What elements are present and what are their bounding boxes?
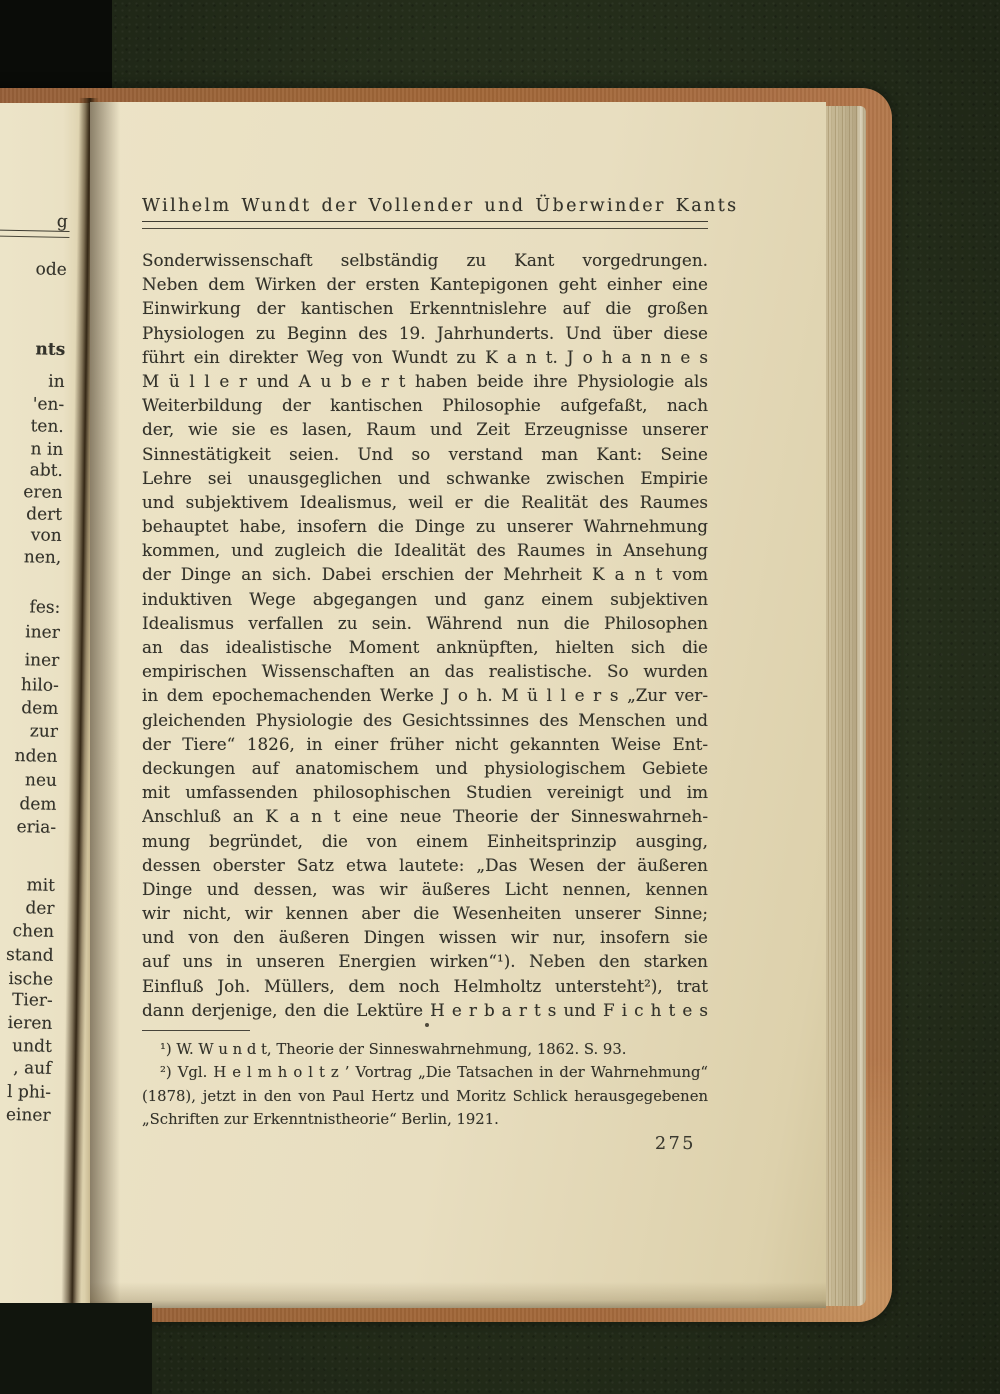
left-fragment: ten. — [30, 416, 64, 437]
footnotes: ¹) W. W u n d t, Theorie der Sinneswahrn… — [142, 1038, 708, 1132]
left-fragment: n in — [30, 439, 63, 460]
left-fragment: abt. — [29, 460, 63, 481]
footnote-line: „Schriften zur Erkenntnistheorie“ Berlin… — [142, 1108, 708, 1131]
left-fragment: mit — [26, 875, 55, 896]
left-header-double-rule — [0, 230, 70, 238]
body-line: der, wie sie es lasen, Raum und Zeit Erz… — [142, 417, 708, 441]
running-header: Wilhelm Wundt der Vollender und Überwind… — [142, 196, 708, 216]
body-line: gleichenden Physiologie des Gesichtssinn… — [142, 708, 708, 732]
header-double-rule — [142, 221, 708, 229]
shadow-bottom-left — [0, 1303, 152, 1394]
body-line: deckungen auf anatomischem und physiolog… — [142, 756, 708, 780]
page-number: 275 — [655, 1134, 696, 1154]
footnote-separator-rule — [142, 1030, 250, 1031]
left-fragment: l phi- — [7, 1082, 51, 1103]
body-line: dessen oberster Satz etwa lautete: „Das … — [142, 853, 708, 877]
left-header-fragment: g — [57, 212, 68, 232]
ink-spot — [425, 1023, 429, 1027]
left-fragment: nen, — [24, 547, 62, 568]
body-line: und von den äußeren Dingen wissen wir nu… — [142, 925, 708, 949]
left-fragment: eria- — [16, 817, 56, 838]
left-fragment: nts — [35, 339, 65, 360]
body-line: induktiven Wege abgegangen und ganz eine… — [142, 587, 708, 611]
body-line: wir nicht, wir kennen aber die Wesenheit… — [142, 901, 708, 925]
body-line: M ü l l e r und A u b e r t haben beide … — [142, 369, 708, 393]
left-page-fragments: g ode nts in 'en- ten. n in abt. eren de… — [0, 102, 70, 1304]
body-line: und subjektivem Idealismus, weil er die … — [142, 490, 708, 514]
left-fragment: 'en- — [33, 394, 65, 415]
body-line: führt ein direkter Weg von Wundt zu K a … — [142, 345, 708, 369]
body-line: kommen, und zugleich die Idealität des R… — [142, 538, 708, 562]
body-line: Idealismus verfallen zu sein. Während nu… — [142, 611, 708, 635]
page-edge-stack — [822, 106, 866, 1306]
left-fragment: dem — [21, 698, 58, 719]
footnote-line: ²) Vgl. H e l m h o l t z ’ Vortrag „Die… — [142, 1061, 708, 1084]
footnote-line: ¹) W. W u n d t, Theorie der Sinneswahrn… — [142, 1038, 708, 1061]
body-line: auf uns in unseren Energien wirken“¹). N… — [142, 949, 708, 973]
left-fragment: dem — [19, 794, 56, 815]
left-fragment: ieren — [7, 1013, 52, 1034]
body-line: Dinge und dessen, was wir äußeres Licht … — [142, 877, 708, 901]
footnote-line: (1878), jetzt in den von Paul Hertz und … — [142, 1085, 708, 1108]
left-fragment: Tier- — [12, 990, 53, 1011]
body-line: an das idealistische Moment anknüpften, … — [142, 635, 708, 659]
body-line: mung begründet, die von einem Einheitspr… — [142, 829, 708, 853]
left-fragment: fes: — [29, 597, 60, 618]
left-fragment: undt — [12, 1036, 52, 1057]
left-fragment: der — [25, 898, 54, 919]
left-fragment: nden — [14, 746, 57, 767]
shadow-top-left — [0, 0, 112, 97]
left-fragment: iner — [25, 650, 60, 671]
book-photo-scene: g ode nts in 'en- ten. n in abt. eren de… — [0, 0, 1000, 1394]
body-line: Sinnestätigkeit seien. Und so verstand m… — [142, 442, 708, 466]
left-fragment: stand — [6, 945, 54, 966]
body-line: Einwirkung der kantischen Erkenntnislehr… — [142, 296, 708, 320]
body-line: Lehre sei unausgeglichen und schwanke zw… — [142, 466, 708, 490]
left-fragment: chen — [12, 921, 54, 942]
body-line: dann derjenige, den die Lektüre H e r b … — [142, 998, 708, 1022]
left-fragment: von — [31, 525, 62, 546]
right-page: Wilhelm Wundt der Vollender und Überwind… — [90, 102, 826, 1308]
left-fragment: in — [48, 372, 65, 392]
body-line: Sonderwissenschaft selbständig zu Kant v… — [142, 248, 708, 272]
left-fragment: iner — [25, 622, 60, 643]
body-line: der Dinge an sich. Dabei erschien der Me… — [142, 562, 708, 586]
body-line: der Tiere“ 1826, in einer früher nicht g… — [142, 732, 708, 756]
body-line: in dem epochemachenden Werke J o h. M ü … — [142, 683, 708, 707]
body-text: Sonderwissenschaft selbständig zu Kant v… — [142, 248, 708, 1022]
body-line: Anschluß an K a n t eine neue Theorie de… — [142, 804, 708, 828]
body-line: Einfluß Joh. Müllers, dem noch Helmholtz… — [142, 974, 708, 998]
left-fragment: ische — [8, 969, 53, 990]
body-line: Neben dem Wirken der ersten Kantepigonen… — [142, 272, 708, 296]
left-fragment: neu — [25, 770, 57, 791]
body-line: Physiologen zu Beginn des 19. Jahrhunder… — [142, 321, 708, 345]
left-fragment: ode — [35, 259, 67, 280]
left-fragment: dert — [26, 504, 62, 525]
body-line: Weiterbildung der kantischen Philosophie… — [142, 393, 708, 417]
left-fragment: , auf — [13, 1058, 52, 1079]
left-fragment: einer — [6, 1105, 51, 1126]
left-fragment: eren — [23, 482, 63, 503]
body-line: behauptet habe, insofern die Dinge zu un… — [142, 514, 708, 538]
left-fragment: zur — [30, 721, 58, 742]
body-line: empirischen Wissenschaften an das realis… — [142, 659, 708, 683]
left-fragment: hilo- — [21, 675, 59, 696]
body-line: mit umfassenden philosophischen Studien … — [142, 780, 708, 804]
